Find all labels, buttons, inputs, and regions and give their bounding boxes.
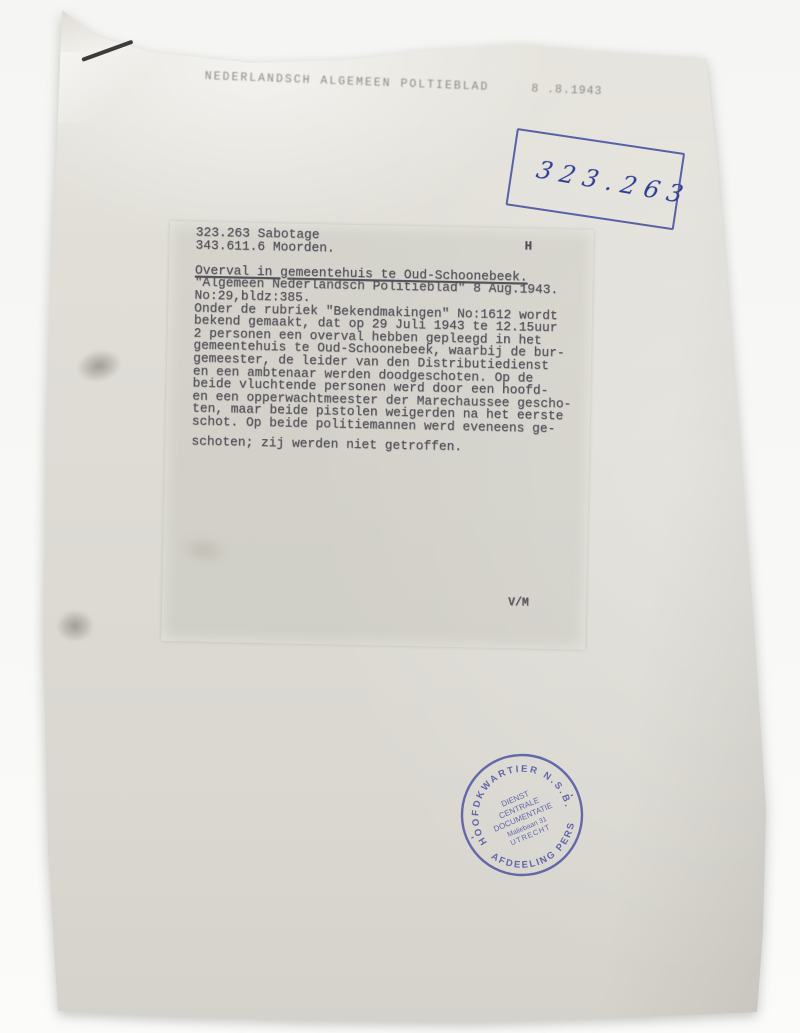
corner-curl-shadow <box>58 6 168 52</box>
document-photo: NEDERLANDSCH ALGEMEEN POLTIEBLAD 8 .8.19… <box>0 0 800 1033</box>
corner-fold-highlight <box>55 8 205 123</box>
bulletin-date: 8 .8.1943 <box>531 83 603 99</box>
round-stamp: HOOFDKWARTIER N.S.B. AFDEELING PERS - - … <box>447 740 597 890</box>
corner-mark: H <box>524 239 532 253</box>
typed-text-lines: 323.263 Sabotage343.611.6 Moorden.Overva… <box>191 227 586 456</box>
pasted-clipping: 323.263 Sabotage343.611.6 Moorden.Overva… <box>161 221 594 650</box>
initials-mark: V/M <box>508 596 529 609</box>
typed-line: schoten; zij werden niet getroffen. <box>191 435 581 456</box>
punch-hole-smudge <box>56 610 94 642</box>
